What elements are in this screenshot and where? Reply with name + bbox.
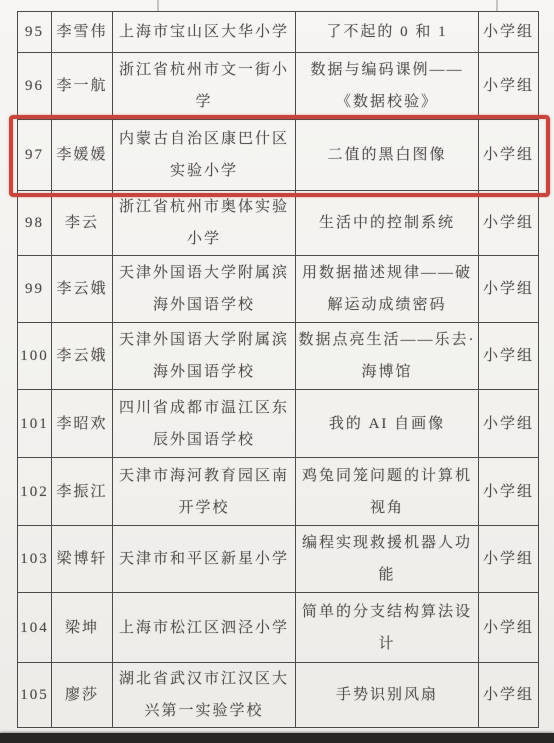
cell-entry-number: 101 (18, 390, 52, 458)
cell-teacher-name: 李一航 (52, 53, 113, 120)
cell-entry-number: 99 (18, 256, 52, 323)
cell-school: 上海市松江区泗泾小学 (113, 593, 296, 663)
cell-teacher-name: 李云娥 (52, 256, 113, 323)
cell-school: 湖北省武汉市江汉区大兴第一实验学校 (113, 663, 296, 728)
table-row: 103 梁博轩 天津市和平区新星小学 编程实现救援机器人功能 小学组 (18, 526, 539, 593)
cell-teacher-name: 李雪伟 (52, 12, 113, 53)
awards-results-table: 95 李雪伟 上海市宝山区大华小学 了不起的 0 和 1 小学组 96 李一航 … (17, 11, 539, 728)
cell-lesson-title: 鸡兔同笼问题的计算机视角 (296, 458, 479, 526)
table-row: 95 李雪伟 上海市宝山区大华小学 了不起的 0 和 1 小学组 (18, 12, 539, 53)
table-row: 96 李一航 浙江省杭州市文一街小学 数据与编码课例——《数据校验》 小学组 (18, 53, 539, 120)
table-row: 97 李媛媛 内蒙古自治区康巴什区实验小学 二值的黑白图像 小学组 (18, 120, 539, 191)
table-row: 105 廖莎 湖北省武汉市江汉区大兴第一实验学校 手势识别风扇 小学组 (18, 663, 539, 728)
screenshot-root: 95 李雪伟 上海市宝山区大华小学 了不起的 0 和 1 小学组 96 李一航 … (0, 0, 554, 743)
cell-group: 小学组 (479, 663, 539, 728)
table-row: 99 李云娥 天津外国语大学附属滨海外国语学校 用数据描述规律——破解运动成绩密… (18, 256, 539, 323)
cell-school: 上海市宝山区大华小学 (113, 12, 296, 53)
cell-school: 天津外国语大学附属滨海外国语学校 (113, 256, 296, 323)
cell-lesson-title: 数据与编码课例——《数据校验》 (296, 53, 479, 120)
cell-teacher-name: 梁博轩 (52, 526, 113, 593)
cell-entry-number: 97 (18, 120, 52, 191)
cell-school: 四川省成都市温江区东辰外国语学校 (113, 390, 296, 458)
cell-group: 小学组 (479, 458, 539, 526)
cell-lesson-title: 用数据描述规律——破解运动成绩密码 (296, 256, 479, 323)
cell-teacher-name: 李昭欢 (52, 390, 113, 458)
cell-group: 小学组 (479, 53, 539, 120)
table-row: 98 李云 浙江省杭州市奥体实验小学 生活中的控制系统 小学组 (18, 191, 539, 256)
cell-school: 内蒙古自治区康巴什区实验小学 (113, 120, 296, 191)
cell-teacher-name: 李媛媛 (52, 120, 113, 191)
cell-entry-number: 104 (18, 593, 52, 663)
cell-lesson-title: 编程实现救援机器人功能 (296, 526, 479, 593)
cell-teacher-name: 李云 (52, 191, 113, 256)
cell-entry-number: 100 (18, 323, 52, 390)
table-row: 104 梁坤 上海市松江区泗泾小学 简单的分支结构算法设计 小学组 (18, 593, 539, 663)
cell-group: 小学组 (479, 120, 539, 191)
cell-entry-number: 103 (18, 526, 52, 593)
cell-group: 小学组 (479, 593, 539, 663)
photo-bottom-edge (0, 733, 554, 743)
cell-group: 小学组 (479, 256, 539, 323)
cell-school: 天津外国语大学附属滨海外国语学校 (113, 323, 296, 390)
cell-school: 天津市海河教育园区南开学校 (113, 458, 296, 526)
cell-lesson-title: 我的 AI 自画像 (296, 390, 479, 458)
cell-school: 天津市和平区新星小学 (113, 526, 296, 593)
cell-entry-number: 105 (18, 663, 52, 728)
table-row: 102 李振江 天津市海河教育园区南开学校 鸡兔同笼问题的计算机视角 小学组 (18, 458, 539, 526)
cell-school: 浙江省杭州市文一街小学 (113, 53, 296, 120)
cell-lesson-title: 简单的分支结构算法设计 (296, 593, 479, 663)
cell-group: 小学组 (479, 390, 539, 458)
cell-group: 小学组 (479, 323, 539, 390)
cell-school: 浙江省杭州市奥体实验小学 (113, 191, 296, 256)
cell-group: 小学组 (479, 526, 539, 593)
cell-entry-number: 102 (18, 458, 52, 526)
table-row: 100 李云娥 天津外国语大学附属滨海外国语学校 数据点亮生活——乐去·海博馆 … (18, 323, 539, 390)
cell-lesson-title: 二值的黑白图像 (296, 120, 479, 191)
cell-lesson-title: 数据点亮生活——乐去·海博馆 (296, 323, 479, 390)
cell-teacher-name: 李振江 (52, 458, 113, 526)
cell-group: 小学组 (479, 12, 539, 53)
cell-group: 小学组 (479, 191, 539, 256)
cell-entry-number: 96 (18, 53, 52, 120)
cell-lesson-title: 手势识别风扇 (296, 663, 479, 728)
cell-teacher-name: 廖莎 (52, 663, 113, 728)
cell-teacher-name: 梁坤 (52, 593, 113, 663)
cell-teacher-name: 李云娥 (52, 323, 113, 390)
cell-entry-number: 95 (18, 12, 52, 53)
table-row: 101 李昭欢 四川省成都市温江区东辰外国语学校 我的 AI 自画像 小学组 (18, 390, 539, 458)
cell-lesson-title: 了不起的 0 和 1 (296, 12, 479, 53)
cell-lesson-title: 生活中的控制系统 (296, 191, 479, 256)
cell-entry-number: 98 (18, 191, 52, 256)
